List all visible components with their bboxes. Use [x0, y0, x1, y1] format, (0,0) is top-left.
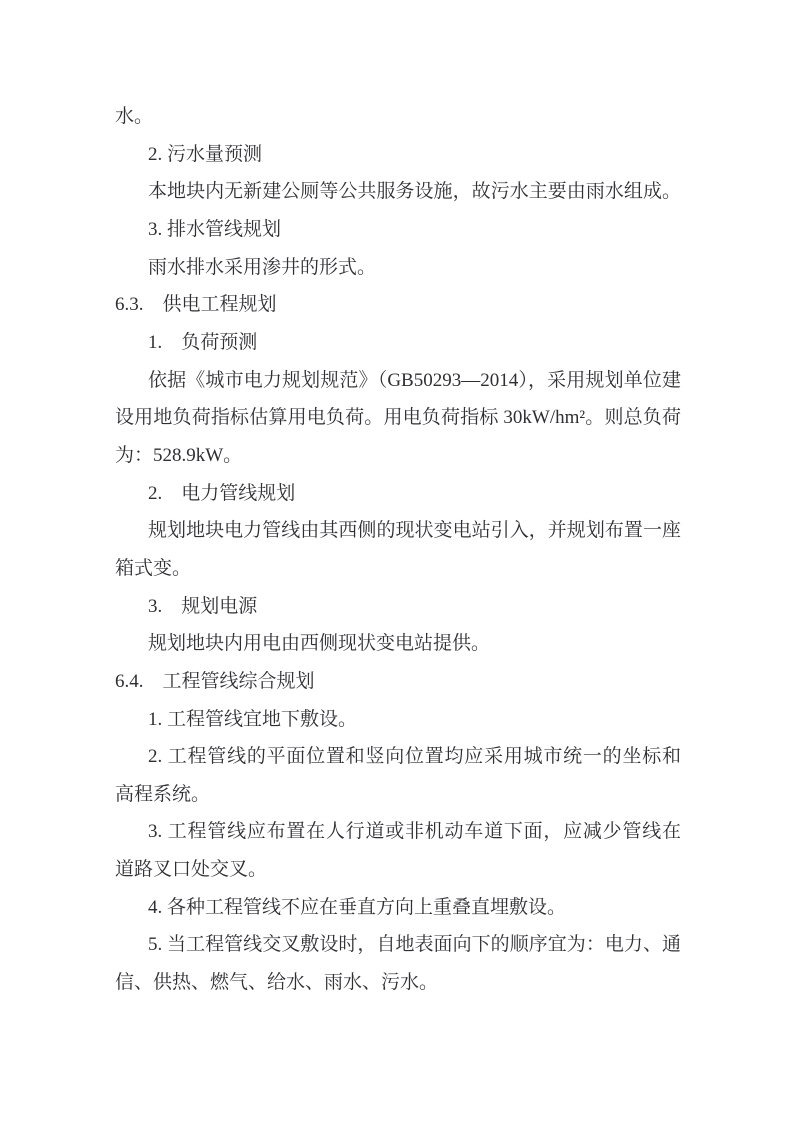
text-line: 规划地块电力管线由其西侧的现状变电站引入，并规划布置一座 — [115, 512, 681, 550]
para-sewage-composition: 本地块内无新建公厕等公共服务设施，故污水主要由雨水组成。 — [115, 173, 681, 211]
text-line: 2. 污水量预测 — [115, 136, 681, 174]
text-line: 道路叉口处交叉。 — [115, 851, 681, 889]
text-line: 雨水排水采用渗井的形式。 — [115, 249, 681, 287]
text-line: 6.4. 工程管线综合规划 — [115, 663, 681, 701]
item-4-no-vertical-overlap: 4. 各种工程管线不应在垂直方向上重叠直埋敷设。 — [115, 889, 681, 927]
text-line: 本地块内无新建公厕等公共服务设施，故污水主要由雨水组成。 — [115, 173, 681, 211]
text-line: 信、供热、燃气、给水、雨水、污水。 — [115, 964, 681, 1002]
para-power-source: 规划地块内用电由西侧现状变电站提供。 — [115, 625, 681, 663]
text-line: 6.3. 供电工程规划 — [115, 286, 681, 324]
item-1-load-forecast: 1. 负荷预测 — [115, 324, 681, 362]
text-line: 3. 规划电源 — [115, 588, 681, 626]
text-line: 4. 各种工程管线不应在垂直方向上重叠直埋敷设。 — [115, 889, 681, 927]
item-3-drainage-pipeline-plan: 3. 排水管线规划 — [115, 211, 681, 249]
text-line: 规划地块内用电由西侧现状变电站提供。 — [115, 625, 681, 663]
item-3-sidewalk-layout: 3. 工程管线应布置在人行道或非机动车道下面，应减少管线在道路叉口处交叉。 — [115, 813, 681, 888]
text-line: 箱式变。 — [115, 550, 681, 588]
text-line: 2. 工程管线的平面位置和竖向位置均应采用城市统一的坐标和 — [115, 738, 681, 776]
text-line: 为：528.9kW。 — [115, 437, 681, 475]
item-2-power-pipeline-plan: 2. 电力管线规划 — [115, 475, 681, 513]
item-2-coordinate-system: 2. 工程管线的平面位置和竖向位置均应采用城市统一的坐标和高程系统。 — [115, 738, 681, 813]
text-line: 1. 负荷预测 — [115, 324, 681, 362]
item-1-underground-laying: 1. 工程管线宜地下敷设。 — [115, 701, 681, 739]
text-line: 水。 — [115, 98, 681, 136]
item-2-sewage-volume-forecast: 2. 污水量预测 — [115, 136, 681, 174]
text-line: 3. 排水管线规划 — [115, 211, 681, 249]
document-page: 水。2. 污水量预测本地块内无新建公厕等公共服务设施，故污水主要由雨水组成。3.… — [0, 0, 793, 1122]
text-line: 5. 当工程管线交叉敷设时，自地表面向下的顺序宜为：电力、通 — [115, 926, 681, 964]
text-line: 2. 电力管线规划 — [115, 475, 681, 513]
item-5-crossing-order: 5. 当工程管线交叉敷设时，自地表面向下的顺序宜为：电力、通信、供热、燃气、给水… — [115, 926, 681, 1001]
text-line: 高程系统。 — [115, 776, 681, 814]
item-3-planned-power-source: 3. 规划电源 — [115, 588, 681, 626]
text-line: 1. 工程管线宜地下敷设。 — [115, 701, 681, 739]
heading-6-3-power-supply-plan: 6.3. 供电工程规划 — [115, 286, 681, 324]
text-line: 3. 工程管线应布置在人行道或非机动车道下面，应减少管线在 — [115, 813, 681, 851]
para-load-calculation: 依据《城市电力规划规范》（GB50293—2014），采用规划单位建设用地负荷指… — [115, 362, 681, 475]
text-line: 设用地负荷指标估算用电负荷。用电负荷指标 30kW/hm²。则总负荷约 — [115, 399, 681, 437]
para-tail-water: 水。 — [115, 98, 681, 136]
heading-6-4-utility-pipeline-plan: 6.4. 工程管线综合规划 — [115, 663, 681, 701]
para-power-pipeline: 规划地块电力管线由其西侧的现状变电站引入，并规划布置一座箱式变。 — [115, 512, 681, 587]
text-block: 水。2. 污水量预测本地块内无新建公厕等公共服务设施，故污水主要由雨水组成。3.… — [115, 98, 681, 1002]
para-rainwater-drainage: 雨水排水采用渗井的形式。 — [115, 249, 681, 287]
text-line: 依据《城市电力规划规范》（GB50293—2014），采用规划单位建 — [115, 362, 681, 400]
